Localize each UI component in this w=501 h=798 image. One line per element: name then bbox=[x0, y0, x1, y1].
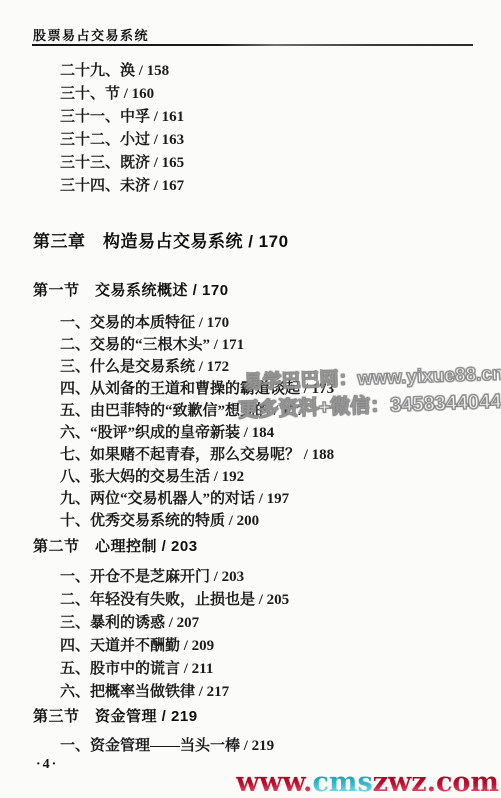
toc-item: 一、交易的本质特征 / 170 bbox=[33, 312, 491, 334]
toc-item: 六、把概率当做铁律 / 217 bbox=[33, 681, 491, 704]
toc-item: 六、“股评”织成的皇帝新装 / 184 bbox=[33, 422, 491, 444]
toc-section-3: 第三节 资金管理 / 219 一、资金管理——当头一棒 / 219 bbox=[33, 706, 491, 757]
toc-carryover-list: 二十九、涣 / 158 三十、节 / 160 三十一、中孚 / 161 三十二、… bbox=[33, 60, 491, 198]
toc-item: 二、交易的“三根木头” / 171 bbox=[33, 334, 491, 356]
watermark-center: 易学巴巴网：www.yixue88.cn 更多资料+微信：3458344044 bbox=[243, 361, 501, 424]
footer-url-mid: cms bbox=[312, 767, 372, 798]
book-page: 股票易占交易系统 二十九、涣 / 158 三十、节 / 160 三十一、中孚 /… bbox=[0, 0, 501, 798]
toc-section-2: 第二节 心理控制 / 203 一、开仓不是芝麻开门 / 203 二、年轻没有失败… bbox=[33, 536, 491, 704]
toc-item: 九、两位“交易机器人”的对话 / 197 bbox=[33, 488, 491, 510]
section-heading: 第二节 心理控制 / 203 bbox=[33, 536, 491, 558]
header-rule bbox=[32, 44, 473, 46]
toc-item: 八、张大妈的交易生活 / 192 bbox=[33, 466, 491, 488]
toc-item: 三十二、小过 / 163 bbox=[33, 129, 491, 152]
toc-section-items: 一、资金管理——当头一棒 / 219 bbox=[33, 735, 491, 757]
folio-page-number: ·4· bbox=[36, 757, 58, 773]
toc-item: 七、如果赌不起青春，那么交易呢？ / 188 bbox=[33, 444, 491, 466]
toc-item: 四、天道并不酬勤 / 209 bbox=[33, 635, 491, 658]
toc-item: 三、暴利的诱惑 / 207 bbox=[33, 612, 491, 635]
toc-item: 一、资金管理——当头一棒 / 219 bbox=[33, 735, 491, 757]
toc-item: 三十四、未济 / 167 bbox=[33, 175, 491, 198]
toc-item: 三十三、既济 / 165 bbox=[33, 152, 491, 175]
footer-url-prefix: www. bbox=[236, 767, 312, 798]
section-heading: 第三节 资金管理 / 219 bbox=[33, 706, 491, 728]
chapter-heading: 第三章 构造易占交易系统 / 170 bbox=[33, 227, 289, 252]
toc-item: 二十九、涣 / 158 bbox=[33, 60, 491, 83]
toc-item: 一、开仓不是芝麻开门 / 203 bbox=[33, 566, 491, 589]
toc-section-items: 一、开仓不是芝麻开门 / 203 二、年轻没有失败，止损也是 / 205 三、暴… bbox=[33, 566, 491, 704]
footer-url-suffix: zwz.com bbox=[373, 767, 499, 798]
section-heading: 第一节 交易系统概述 / 170 bbox=[33, 280, 491, 302]
running-header-title: 股票易占交易系统 bbox=[33, 25, 149, 44]
toc-item: 三十、节 / 160 bbox=[33, 83, 491, 106]
toc-item: 二、年轻没有失败，止损也是 / 205 bbox=[33, 589, 491, 612]
toc-item: 三十一、中孚 / 161 bbox=[33, 106, 491, 129]
toc-item: 十、优秀交易系统的特质 / 200 bbox=[33, 510, 491, 532]
toc-item: 五、股市中的谎言 / 211 bbox=[33, 658, 491, 681]
watermark-footer-url: www.cmszwz.com bbox=[236, 769, 499, 797]
